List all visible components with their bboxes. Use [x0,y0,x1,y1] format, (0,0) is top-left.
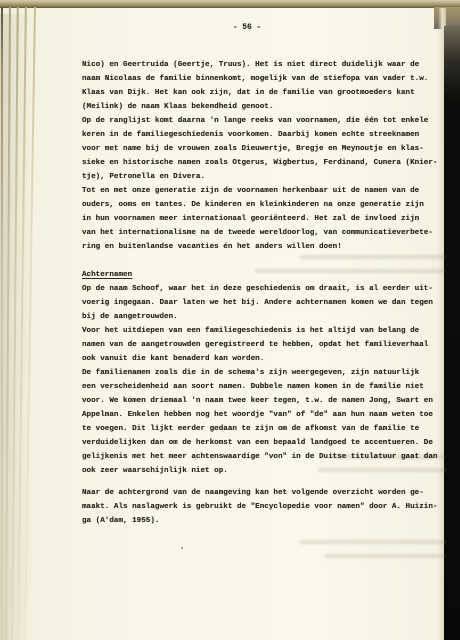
bleed-through-smudge [300,540,446,544]
text-line: ook zeer waarschijnlijk niet op. [82,464,454,478]
text-line: naam Nicolaas de familie binnenkomt, mog… [82,72,454,86]
paragraph-spacer [82,254,454,268]
text-line: Nico) en Geertruida (Geertje, Truus). He… [82,58,454,72]
scanned-book-page: - 56 - Nico) en Geertruida (Geertje, Tru… [0,0,460,640]
text-line: Tot en met onze generatie zijn de voorna… [82,184,454,198]
bleed-through-smudge [325,554,445,558]
page-edge-line [1,7,3,640]
text-line: namen van de aangetrouwden geregistreerd… [82,338,454,352]
text-line: (Meilink) de naam Klaas bekendheid genoo… [82,100,454,114]
paragraph-spacer [82,478,454,486]
text-line: ook vanuit die kant benaderd kan worden. [82,352,454,366]
book-top-edge [0,0,460,8]
text-line: voor met name bij de vrouwen zoals Dieuw… [82,142,454,156]
text-line: tje), Petronella en Divera. [82,170,454,184]
text-line: ouders, ooms en tantes. De kinderen en k… [82,198,454,212]
stacked-page-edges [0,7,34,640]
text-line: in hun voornamen meer internationaal geo… [82,212,454,226]
text-line: bij de aangetrouwden. [82,310,454,324]
paper-speck [181,547,183,549]
text-line: verduidelijken dan om de herkomst van ee… [82,436,454,450]
text-line: De familienamen zoals die in de schema's… [82,366,454,380]
text-line: Voor het uitdiepen van een familiegeschi… [82,324,454,338]
text-block: Nico) en Geertruida (Geertje, Truus). He… [82,58,454,528]
text-line: gelijkenis met het meer achtenswaardige … [82,450,454,464]
text-line: ring en buitenlandse vacanties én het an… [82,240,454,254]
text-line: Klaas van Dijk. Het kan ook zijn, dat in… [82,86,454,100]
text-line: een verscheidenheid aan soort namen. Dub… [82,380,454,394]
text-line: ga (A'dam, 1955). [82,514,454,528]
text-line: te voegen. Dit lijkt eerder gedaan te zi… [82,422,454,436]
page-number: - 56 - [82,22,412,34]
text-line: voerig ingegaan. Daar laten we het bij. … [82,296,454,310]
text-line: Op de ranglijst komt daarna 'n lange ree… [82,114,454,128]
text-line: maakt. Als naslagwerk is gebruikt de "En… [82,500,454,514]
text-line: Naar de achtergrond van de naamgeving ka… [82,486,454,500]
text-line: voor. We komen driemaal 'n naam twee kee… [82,394,454,408]
text-line: Appelman. Enkelen hebben nog het woordje… [82,408,454,422]
text-line: sieke en historische namen zoals Otgerus… [82,156,454,170]
text-line: van het internationalisme na de tweede w… [82,226,454,240]
section-heading: Achternamen [82,268,454,282]
text-line: keren in de familiegeschiedenis voorkome… [82,128,454,142]
text-line: Op de naam Schoof, waar het in deze gesc… [82,282,454,296]
